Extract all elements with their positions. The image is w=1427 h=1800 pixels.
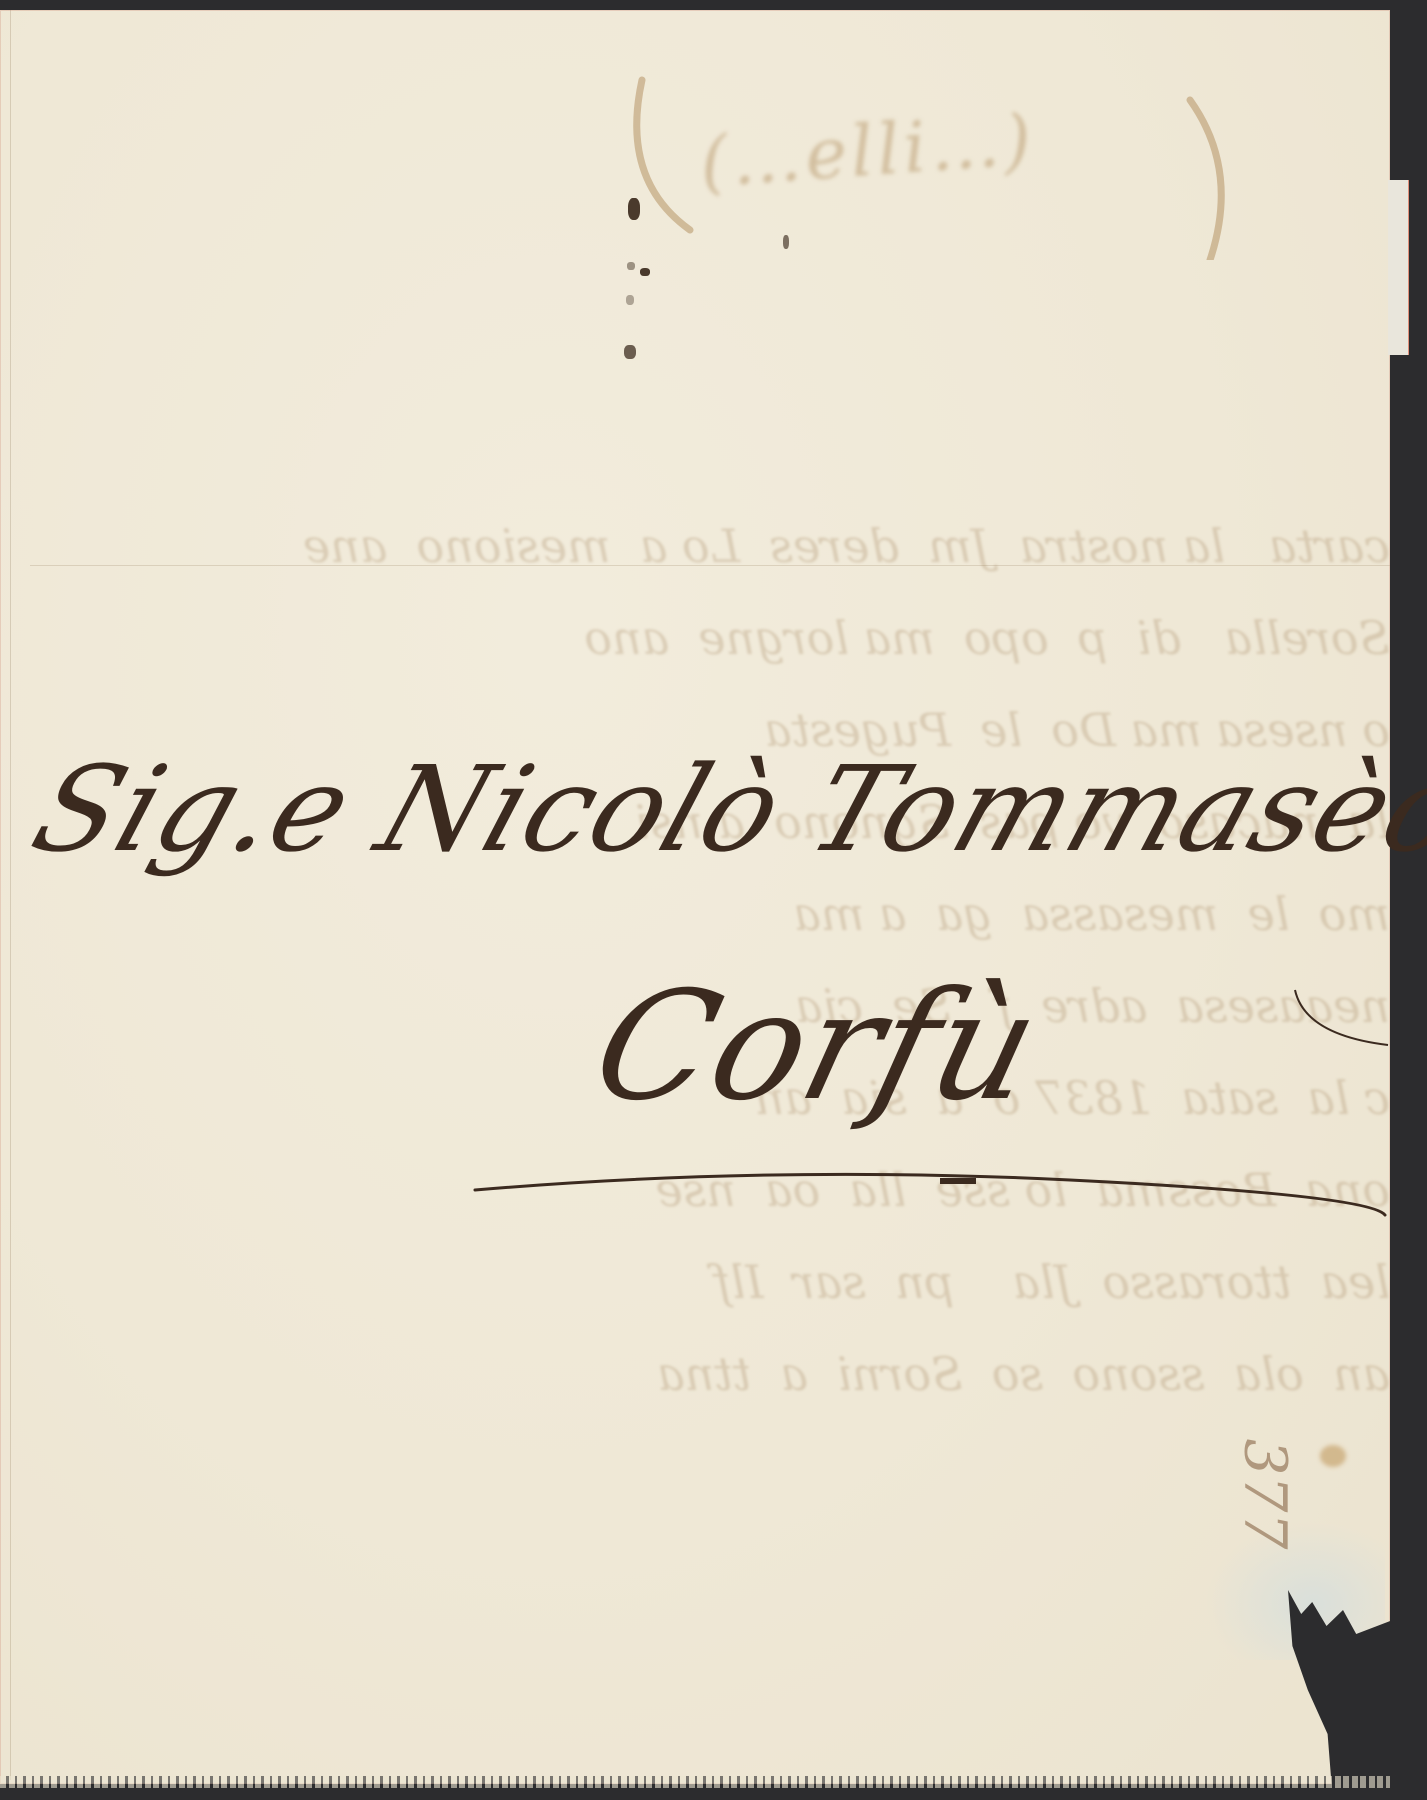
addressee-name: Sig.e Nicolò Tommasèo xyxy=(18,740,1427,878)
ink-mark xyxy=(626,295,634,305)
ink-mark xyxy=(624,345,636,359)
destination-city: Corfù xyxy=(578,960,1055,1134)
ink-mark xyxy=(627,262,635,270)
underline-flourish xyxy=(470,1170,1390,1230)
archive-number: 377 xyxy=(1231,1439,1299,1550)
deckled-edge xyxy=(0,1776,1390,1788)
ink-mark xyxy=(783,235,789,249)
paper-flap xyxy=(1388,180,1409,355)
ink-mark xyxy=(640,268,650,276)
flourish-mark xyxy=(1290,985,1390,1055)
foxing-stain xyxy=(1320,1445,1346,1467)
ink-mark xyxy=(628,198,640,220)
fold-line-vertical xyxy=(10,10,11,1780)
